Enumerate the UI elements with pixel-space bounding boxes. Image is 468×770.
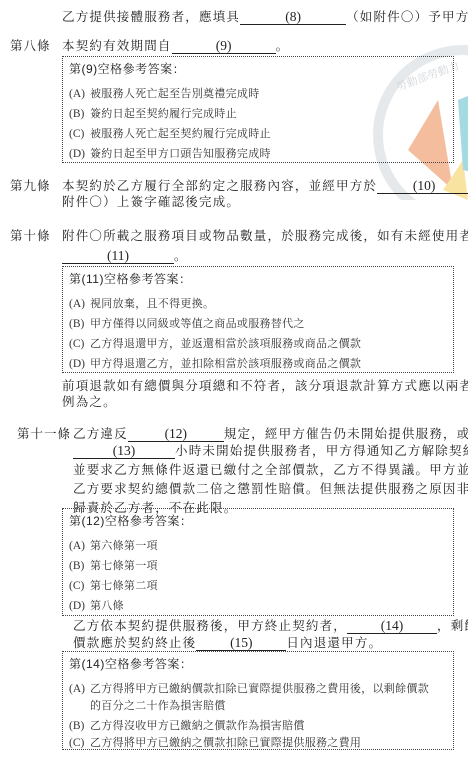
answer-box-12: 第(12)空格參考答案： (A)第六條第一項 (B)第七條第一項 (C)第七條第… [62, 508, 454, 616]
article-8-prefix: 本契約有效期間自 [62, 38, 172, 53]
option-key: (C) [69, 579, 90, 594]
article-11-after-line-1: 乙方依本契約提供服務後，甲方終止契約者，(14)，剩餘 [73, 618, 468, 634]
answer-option-14-a-cont: 的百分之二十作為損害賠償 [90, 698, 226, 714]
option-text: 第六條第一項 [90, 539, 158, 552]
article-10-line-1: 附件〇所載之服務項目或物品數量，於服務完成後，如有未經使用者， [62, 228, 468, 244]
article-8-sentence: 本契約有效期間自(9)。 [62, 38, 289, 54]
answer-box-9-title: 第(9)空格參考答案： [69, 62, 185, 77]
option-text: 乙方得將甲方已繳納價款扣除已實際提供服務之費用後，以剩餘價款 [90, 682, 429, 695]
answer-box-12-title: 第(12)空格參考答案： [69, 514, 192, 529]
article-10-after-line-2: 例為之。 [62, 394, 117, 410]
answer-option-9-c[interactable]: (C)被服務人死亡起至契約履行完成時止 [69, 126, 271, 142]
answer-box-9: 第(9)空格參考答案： (A)被服務人死亡起至告別奠禮完成時 (B)簽約日起至契… [62, 56, 454, 163]
answer-option-12-b[interactable]: (B)第七條第一項 [69, 558, 158, 574]
option-key: (C) [69, 337, 90, 352]
option-text: 乙方得沒收甲方已繳納之價款作為損害賠償 [90, 719, 305, 732]
answer-box-14: 第(14)空格參考答案： (A)乙方得將甲方已繳納價款扣除已實際提供服務之費用後… [62, 651, 454, 750]
option-text: 被服務人死亡起至契約履行完成時止 [90, 127, 271, 140]
blank-14[interactable]: (14) [347, 618, 437, 634]
option-text: 第七條第二項 [90, 579, 158, 592]
article-10-after-line-1: 前項退款如有總價與分項總和不符者，該分項退款計算方式應以兩者比 [62, 378, 468, 394]
intro-suffix: （如附件〇）予甲方。 [346, 9, 468, 24]
article-11-line-4: 乙方要求契約總價款二倍之懲罰性賠償。但無法提供服務之原因非可 [73, 481, 468, 497]
option-key: (D) [69, 147, 90, 162]
article-11-label: 第十一條 [17, 426, 71, 442]
after-prefix-1: 乙方依本契約提供服務後，甲方終止契約者， [73, 618, 347, 633]
answer-option-12-a[interactable]: (A)第六條第一項 [69, 538, 158, 554]
after-suffix-1: ，剩餘 [437, 618, 468, 633]
option-text: 第八條 [90, 599, 124, 612]
option-key: (B) [69, 107, 90, 122]
article-11-suffix-1: 規定，經甲方催告仍未開始提供服務，或逾 [224, 426, 468, 441]
blank-12[interactable]: (12) [128, 426, 224, 442]
article-9-line-1: 本契約於乙方履行全部約定之服務內容，並經甲方於(10)（如 [62, 178, 468, 194]
answer-option-14-a[interactable]: (A)乙方得將甲方已繳納價款扣除已實際提供服務之費用後，以剩餘價款 [69, 681, 429, 697]
answer-option-14-b[interactable]: (B)乙方得沒收甲方已繳納之價款作為損害賠償 [69, 718, 305, 734]
option-key: (A) [69, 682, 90, 697]
article-11-prefix: 乙方違反 [73, 426, 128, 441]
answer-option-12-c[interactable]: (C)第七條第二項 [69, 578, 158, 594]
option-key: (D) [69, 599, 90, 614]
option-text: 甲方僅得以同級或等值之商品或服務替代之 [90, 317, 305, 330]
option-text: 簽約日起至契約履行完成時止 [90, 107, 237, 120]
blank-8[interactable]: (8) [240, 9, 346, 25]
option-key: (C) [69, 736, 90, 751]
answer-box-14-title: 第(14)空格參考答案： [69, 657, 192, 672]
after-suffix-2: 日內退還甲方。 [286, 635, 382, 650]
article-11-after-line-2: 價款應於契約終止後(15)日內退還甲方。 [73, 635, 382, 651]
article-11-suffix-2: 小時未開始提供服務者，甲方得通知乙方解除契約， [175, 443, 468, 458]
option-text: 乙方得退還甲方，並返還相當於該項服務或商品之價款 [90, 337, 361, 350]
blank-11[interactable]: (11) [62, 248, 174, 264]
article-11-line-2: (13)小時未開始提供服務者，甲方得通知乙方解除契約， [73, 443, 468, 459]
article-9-line-2: 附件〇）上簽字確認後完成。 [62, 194, 240, 210]
option-text-cont: 的百分之二十作為損害賠償 [90, 699, 226, 712]
answer-option-12-d[interactable]: (D)第八條 [69, 598, 124, 614]
intro-prefix: 乙方提供接體服務者，應填具 [62, 9, 240, 24]
article-11-line-3: 並要求乙方無條件返還已繳付之全部價款，乙方不得異議。甲方並得向 [73, 462, 468, 478]
option-key: (A) [69, 297, 90, 312]
option-text: 視同放棄，且不得更換。 [90, 297, 214, 310]
article-9-prefix: 本契約於乙方履行全部約定之服務內容，並經甲方於 [62, 178, 377, 193]
option-key: (B) [69, 719, 90, 734]
article-9-label: 第九條 [10, 178, 51, 194]
article-8-suffix: 。 [276, 38, 290, 53]
option-key: (A) [69, 87, 90, 102]
option-key: (D) [69, 357, 90, 372]
option-key: (B) [69, 559, 90, 574]
option-text: 第七條第一項 [90, 559, 158, 572]
article-10-label: 第十條 [10, 228, 51, 244]
answer-option-11-b[interactable]: (B)甲方僅得以同級或等值之商品或服務替代之 [69, 316, 305, 332]
blank-13[interactable]: (13) [73, 443, 175, 459]
answer-box-11-title: 第(11)空格參考答案： [69, 272, 191, 287]
article-8-label: 第八條 [10, 38, 51, 54]
answer-option-11-a[interactable]: (A)視同放棄，且不得更換。 [69, 296, 214, 312]
article-11-line-1: 乙方違反(12)規定，經甲方催告仍未開始提供服務，或逾 [73, 426, 468, 442]
intro-sentence: 乙方提供接體服務者，應填具(8)（如附件〇）予甲方。 [62, 9, 468, 25]
blank-15[interactable]: (15) [196, 635, 286, 651]
answer-option-9-d[interactable]: (D)簽約日起至甲方口頭告知服務完成時 [69, 146, 271, 162]
option-text: 被服務人死亡起至告別奠禮完成時 [90, 87, 260, 100]
option-key: (A) [69, 539, 90, 554]
answer-option-9-b[interactable]: (B)簽約日起至契約履行完成時止 [69, 106, 237, 122]
answer-option-11-c[interactable]: (C)乙方得退還甲方，並返還相當於該項服務或商品之價款 [69, 336, 361, 352]
answer-option-9-a[interactable]: (A)被服務人死亡起至告別奠禮完成時 [69, 86, 260, 102]
blank-10[interactable]: (10) [377, 178, 468, 194]
answer-option-11-d[interactable]: (D)甲方得退還乙方，並扣除相當於該項服務或商品之價款 [69, 356, 361, 372]
option-text: 簽約日起至甲方口頭告知服務完成時 [90, 147, 271, 160]
article-10-suffix: 。 [174, 248, 188, 263]
article-10-line-2: (11)。 [62, 248, 188, 264]
blank-9[interactable]: (9) [172, 38, 276, 54]
option-key: (C) [69, 127, 90, 142]
option-key: (B) [69, 317, 90, 332]
answer-box-11: 第(11)空格參考答案： (A)視同放棄，且不得更換。 (B)甲方僅得以同級或等… [62, 266, 454, 373]
answer-option-14-c[interactable]: (C)乙方得將甲方已繳納之價款扣除已實際提供服務之費用 [69, 735, 361, 751]
option-text: 乙方得將甲方已繳納之價款扣除已實際提供服務之費用 [90, 736, 361, 749]
after-prefix-2: 價款應於契約終止後 [73, 635, 196, 650]
option-text: 甲方得退還乙方，並扣除相當於該項服務或商品之價款 [90, 357, 361, 370]
